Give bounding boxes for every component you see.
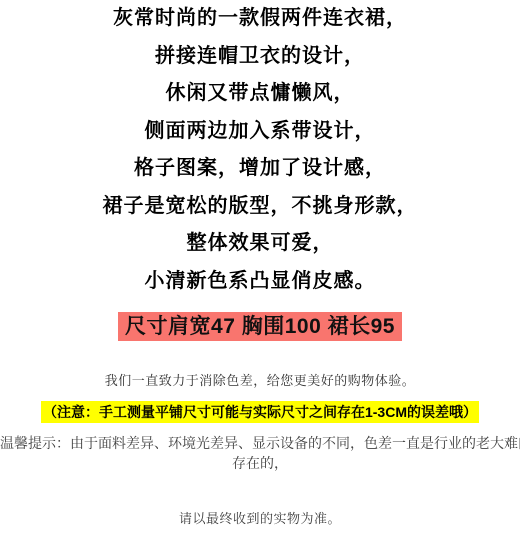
description-line: 灰常时尚的一款假两件连衣裙， — [0, 0, 520, 38]
description-line: 裙子是宽松的版型，不挑身形款， — [0, 188, 520, 226]
warm-tips-line1: 温馨提示：由于面料差异、环境光差异、显示设备的不同，色差一直是行业的老大难问题，… — [0, 433, 520, 453]
size-measurements-highlight: 尺寸肩宽47 胸围100 裙长95 — [118, 312, 402, 341]
description-line: 拼接连帽卫衣的设计， — [0, 38, 520, 76]
description-line: 格子图案，增加了设计感， — [0, 150, 520, 188]
measure-notice-row: （注意：手工测量平铺尺寸可能与实际尺寸之间存在1-3CM的误差哦） — [0, 401, 520, 423]
description-line: 休闲又带点慵懒风， — [0, 75, 520, 113]
color-difference-promise: 我们一直致力于消除色差，给您更美好的购物体验。 — [0, 373, 520, 388]
description-line: 侧面两边加入系带设计， — [0, 113, 520, 151]
product-description-page: 灰常时尚的一款假两件连衣裙， 拼接连帽卫衣的设计， 休闲又带点慵懒风， 侧面两边… — [0, 0, 520, 541]
size-highlight-row: 尺寸肩宽47 胸围100 裙长95 — [0, 312, 520, 341]
product-description-block: 灰常时尚的一款假两件连衣裙， 拼接连帽卫衣的设计， 休闲又带点慵懒风， 侧面两边… — [0, 0, 520, 300]
warm-tips-line2: 存在的， — [0, 453, 520, 473]
measurement-tolerance-notice: （注意：手工测量平铺尺寸可能与实际尺寸之间存在1-3CM的误差哦） — [41, 401, 479, 423]
warm-tips-block: 温馨提示：由于面料差异、环境光差异、显示设备的不同，色差一直是行业的老大难问题，… — [0, 433, 520, 473]
final-product-note: 请以最终收到的实物为准。 — [0, 511, 520, 527]
description-line: 小清新色系凸显俏皮感。 — [0, 263, 520, 301]
description-line: 整体效果可爱， — [0, 225, 520, 263]
